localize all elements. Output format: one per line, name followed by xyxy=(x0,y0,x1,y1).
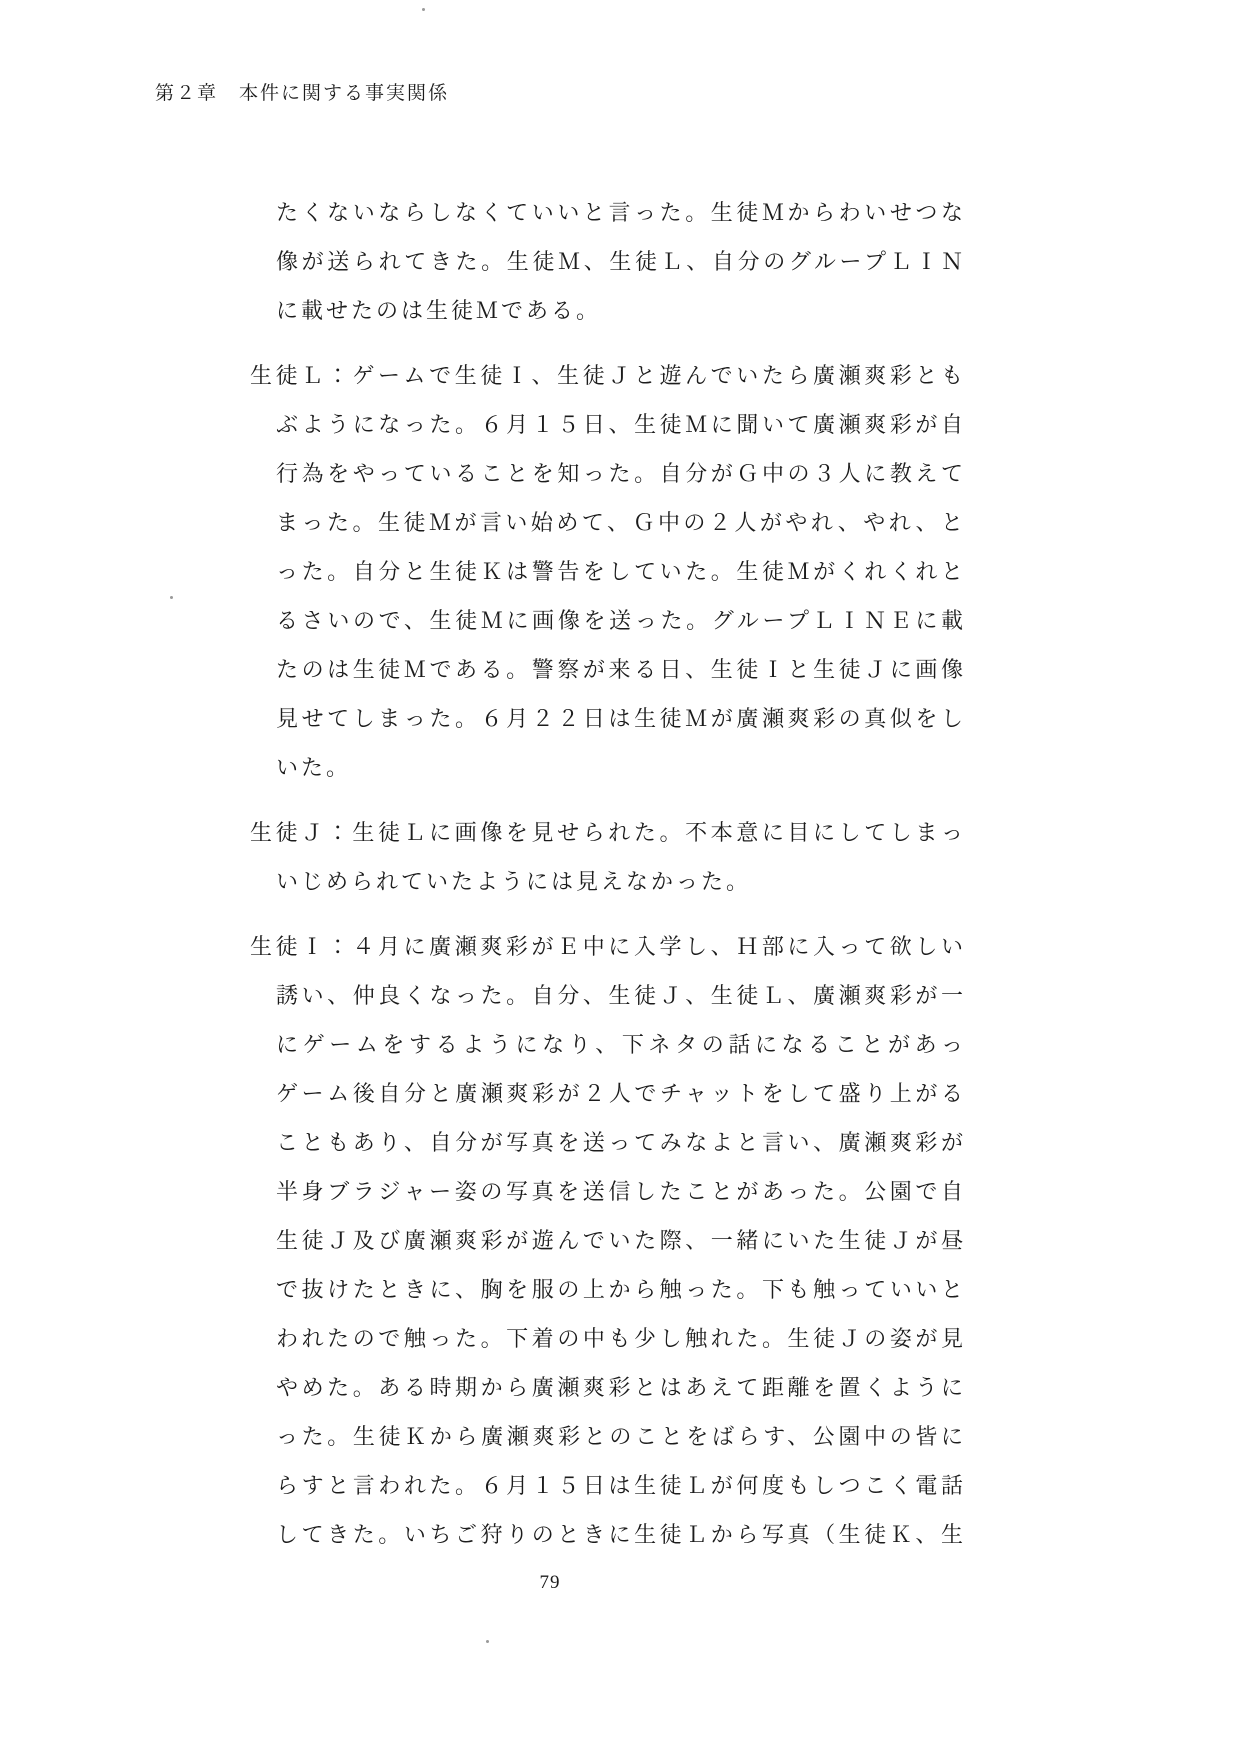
text-line: たのは生徒Ｍである。警察が来る日、生徒Ｉと生徒Ｊに画像を xyxy=(250,645,966,694)
text-line: ゲーム後自分と廣瀬爽彩が２人でチャットをして盛り上がる xyxy=(250,1069,966,1118)
text-line: にゲームをするようになり、下ネタの話になることがあった。 xyxy=(250,1020,966,1069)
text-line: たくないならしなくていいと言った。生徒Ｍからわいせつな画 xyxy=(250,188,966,237)
scan-speck xyxy=(422,8,425,11)
text-line: らすと言われた。６月１５日は生徒Ｌが何度もしつこく電話を xyxy=(250,1461,966,1510)
text-line: で抜けたときに、胸を服の上から触った。下も触っていいとい xyxy=(250,1265,966,1314)
text-line: 半身ブラジャー姿の写真を送信したことがあった。公園で自分、 xyxy=(250,1167,966,1216)
scan-speck xyxy=(170,596,173,599)
text-line: こともあり、自分が写真を送ってみなよと言い、廣瀬爽彩が上 xyxy=(250,1118,966,1167)
text-line: るさいので、生徒Ｍに画像を送った。グループＬＩＮＥに載せ xyxy=(250,596,966,645)
chapter-header: 第２章 本件に関する事実関係 xyxy=(155,78,449,105)
paragraph: たくないならしなくていいと言った。生徒Ｍからわいせつな画像が送られてきた。生徒Ｍ… xyxy=(250,188,966,335)
text-line: に載せたのは生徒Ｍである。 xyxy=(250,286,966,335)
text-line: った。生徒Ｋから廣瀬爽彩とのことをばらす、公園中の皆にば xyxy=(250,1412,966,1461)
text-line: ぶようになった。６月１５日、生徒Ｍに聞いて廣瀬爽彩が自慰 xyxy=(250,400,966,449)
text-line: 像が送られてきた。生徒Ｍ、生徒Ｌ、自分のグループＬＩＮＥ xyxy=(250,237,966,286)
text-line: 生徒Ｉ：４月に廣瀬爽彩がＥ中に入学し、Ｈ部に入って欲しいと xyxy=(250,922,966,971)
text-line: 生徒Ｊ及び廣瀬爽彩が遊んでいた際、一緒にいた生徒Ｊが昼食 xyxy=(250,1216,966,1265)
scan-speck xyxy=(486,1640,489,1643)
text-line: 行為をやっていることを知った。自分がＧ中の３人に教えてし xyxy=(250,449,966,498)
text-line: 生徒Ｊ：生徒Ｌに画像を見せられた。不本意に目にしてしまった。 xyxy=(250,808,966,857)
text-line: 生徒Ｌ：ゲームで生徒Ｉ、生徒Ｊと遊んでいたら廣瀬爽彩とも遊 xyxy=(250,351,966,400)
text-line: してきた。いちご狩りのときに生徒Ｌから写真（生徒Ｋ、生徒 xyxy=(250,1510,966,1559)
text-line: 見せてしまった。６月２２日は生徒Ｍが廣瀬爽彩の真似をして xyxy=(250,694,966,743)
text-line: まった。生徒Ｍが言い始めて、Ｇ中の２人がやれ、やれ、とな xyxy=(250,498,966,547)
paragraph: 生徒Ｌ：ゲームで生徒Ｉ、生徒Ｊと遊んでいたら廣瀬爽彩とも遊ぶようになった。６月１… xyxy=(250,351,966,792)
paragraph: 生徒Ｉ：４月に廣瀬爽彩がＥ中に入学し、Ｈ部に入って欲しいと誘い、仲良くなった。自… xyxy=(250,922,966,1559)
text-line: いじめられていたようには見えなかった。 xyxy=(250,857,966,906)
document-page: 第２章 本件に関する事実関係 たくないならしなくていいと言った。生徒Ｍからわいせ… xyxy=(0,0,1239,1754)
text-line: いた。 xyxy=(250,743,966,792)
text-line: やめた。ある時期から廣瀬爽彩とはあえて距離を置くようにな xyxy=(250,1363,966,1412)
paragraph: 生徒Ｊ：生徒Ｌに画像を見せられた。不本意に目にしてしまった。いじめられていたよう… xyxy=(250,808,966,906)
body-text: たくないならしなくていいと言った。生徒Ｍからわいせつな画像が送られてきた。生徒Ｍ… xyxy=(250,188,966,1575)
page-number: 79 xyxy=(250,1572,850,1594)
text-line: われたので触った。下着の中も少し触れた。生徒Ｊの姿が見え、 xyxy=(250,1314,966,1363)
text-line: 誘い、仲良くなった。自分、生徒Ｊ、生徒Ｌ、廣瀬爽彩が一緒 xyxy=(250,971,966,1020)
text-line: った。自分と生徒Ｋは警告をしていた。生徒Ｍがくれくれとう xyxy=(250,547,966,596)
